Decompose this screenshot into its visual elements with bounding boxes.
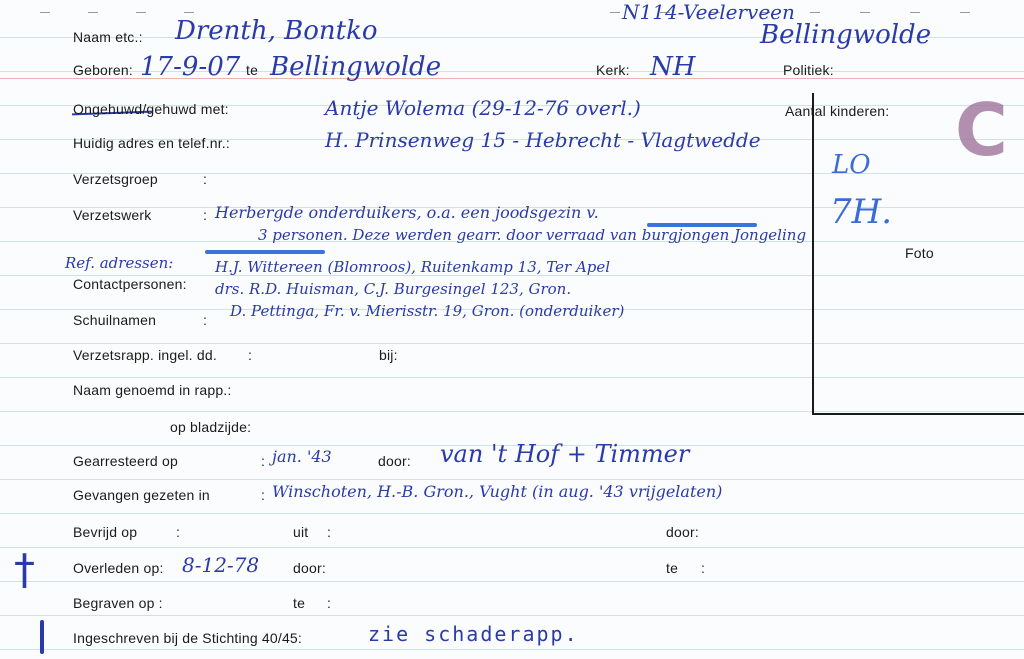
label-kerk: Kerk:: [596, 62, 630, 78]
value-kerk: NH: [650, 52, 695, 82]
tab-mark: [136, 12, 146, 15]
label-contactpersonen: Contactpersonen:: [73, 276, 187, 292]
colon: :: [203, 312, 207, 328]
value-ref-adressen: Ref. adressen:: [65, 254, 173, 272]
tab-mark: [88, 12, 98, 15]
label-bij: bij:: [379, 347, 398, 363]
label-politiek: Politiek:: [783, 62, 834, 78]
tab-mark: [960, 12, 970, 15]
value-naam: Drenth, Bontko: [175, 16, 378, 46]
highlight-underline: [205, 250, 325, 254]
label-op-bladzijde: op bladzijde:: [170, 419, 251, 435]
value-code-1: LO: [832, 150, 871, 180]
label-foto: Foto: [905, 245, 934, 261]
label-verzetswerk: Verzetswerk: [73, 207, 151, 223]
tab-mark: [40, 12, 50, 15]
label-geboren-te: te: [246, 62, 258, 78]
death-cross-icon: †: [14, 545, 35, 594]
label-schuilnamen: Schuilnamen: [73, 312, 156, 328]
tab-mark: [184, 12, 194, 15]
value-geboren-plaats: Bellingwolde: [270, 52, 441, 82]
label-begraven: Begraven op :: [73, 595, 163, 611]
label-gearresteerd: Gearresteerd op: [73, 453, 178, 469]
value-ingeschreven: zie schaderapp.: [368, 622, 579, 646]
colon: :: [327, 524, 331, 540]
value-verzetswerk-1: Herbergde onderduikers, o.a. een joodsge…: [215, 203, 599, 222]
label-bevrijd: Bevrijd op: [73, 524, 137, 540]
colon: :: [203, 171, 207, 187]
label-overleden: Overleden op:: [73, 560, 164, 576]
value-adres: H. Prinsenweg 15 - Hebrecht - Vlagtwedde: [325, 128, 761, 152]
value-code-2: 7H.: [830, 192, 892, 232]
value-geboren-datum: 17-9-07: [140, 52, 240, 82]
label-geboren: Geboren:: [73, 62, 133, 78]
label-begraven-te: te: [293, 595, 305, 611]
label-naam: Naam etc.:: [73, 29, 143, 45]
tab-mark: [810, 12, 820, 15]
label-overleden-door: door:: [293, 560, 326, 576]
label-naam-genoemd: Naam genoemd in rapp.:: [73, 382, 232, 398]
value-verzetswerk-2: 3 personen. Deze werden gearr. door verr…: [258, 226, 806, 244]
value-gearresteerd-op: jan. '43: [272, 447, 332, 466]
label-overleden-te: te: [666, 560, 678, 576]
margin-mark: [40, 620, 44, 654]
registration-card: C Naam etc.: Drenth, Bontko N114-Veelerv…: [0, 0, 1024, 659]
colon: :: [261, 487, 265, 503]
colon: :: [203, 207, 207, 223]
value-contact-2: drs. R.D. Huisman, C.J. Burgesingel 123,…: [215, 280, 571, 298]
colon: :: [248, 347, 252, 363]
label-gearresteerd-door: door:: [378, 453, 411, 469]
highlight-underline: [647, 223, 757, 227]
colon: :: [176, 524, 180, 540]
value-contact-3: D. Pettinga, Fr. v. Mierisstr. 19, Gron.…: [230, 302, 624, 320]
value-gevangen: Winschoten, H.-B. Gron., Vught (in aug. …: [272, 482, 722, 501]
value-naam-note-2: Bellingwolde: [760, 20, 931, 50]
label-adres: Huidig adres en telef.nr.:: [73, 135, 230, 151]
colon: :: [261, 453, 265, 469]
label-bevrijd-door: door:: [666, 524, 699, 540]
value-gearresteerd-door: van 't Hof + Timmer: [440, 440, 689, 468]
colon: :: [327, 595, 331, 611]
tab-mark: [910, 12, 920, 15]
label-ingeschreven: Ingeschreven bij de Stichting 40/45:: [73, 630, 302, 646]
value-contact-1: H.J. Wittereen (Blomroos), Ruitenkamp 13…: [215, 258, 610, 276]
tab-mark: [610, 12, 620, 15]
label-gevangen: Gevangen gezeten in: [73, 487, 210, 503]
label-bevrijd-uit: uit: [293, 524, 308, 540]
label-verzetsrapp: Verzetsrapp. ingel. dd.: [73, 347, 217, 363]
colon: :: [701, 560, 705, 576]
label-verzetsgroep: Verzetsgroep: [73, 171, 158, 187]
value-gehuwd: Antje Wolema (29-12-76 overl.): [325, 96, 641, 120]
label-gehuwd: Ongehuwd/gehuwd met:: [73, 101, 229, 117]
tab-mark: [860, 12, 870, 15]
value-overleden-op: 8-12-78: [182, 553, 259, 577]
label-aantal-kinderen: Aantal kinderen:: [785, 103, 889, 119]
stamp-letter: C: [955, 88, 1008, 172]
